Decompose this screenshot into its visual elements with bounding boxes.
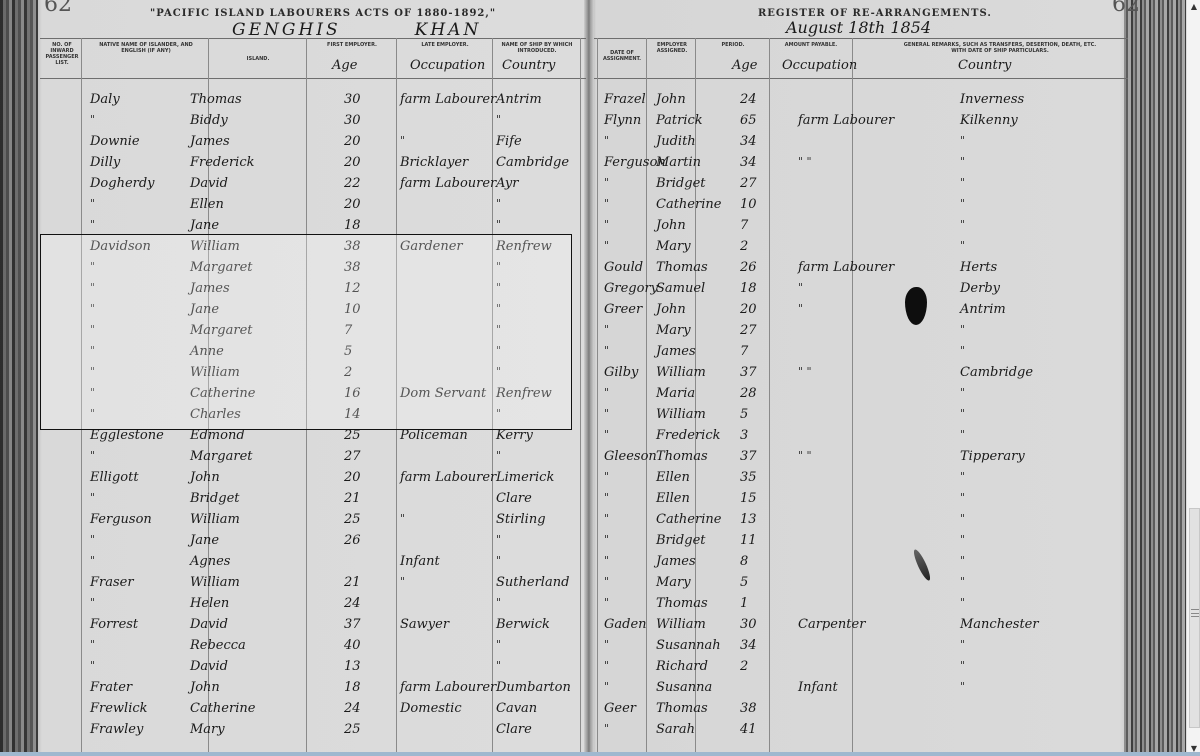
cell-surname: " <box>604 512 609 525</box>
book-spine-left <box>0 0 38 756</box>
cell-country: Inverness <box>960 92 1024 107</box>
cell-given: William <box>656 365 706 380</box>
col-header-country-right: Country <box>958 58 1011 73</box>
cell-given: Frederick <box>190 155 254 170</box>
cell-surname: " <box>604 197 609 210</box>
header-rule-bottom-right <box>594 78 1128 79</box>
cell-given: Mary <box>656 323 691 338</box>
cell-country: Clare <box>496 491 532 506</box>
cell-given: Mary <box>656 239 691 254</box>
cell-occupation: Policeman <box>400 428 468 443</box>
cell-age: 38 <box>740 701 757 716</box>
cell-occupation: " " <box>798 365 812 378</box>
cell-age: 30 <box>344 113 361 128</box>
cell-given: Ellen <box>190 197 224 212</box>
cell-age: 22 <box>344 176 361 191</box>
cell-country: " <box>496 218 501 231</box>
cell-given: Judith <box>656 134 696 149</box>
cell-occupation: Domestic <box>400 701 462 716</box>
cell-age: 34 <box>740 134 757 149</box>
column-rule <box>597 38 598 756</box>
col-header-period: PERIOD. <box>700 42 766 48</box>
cell-surname: " <box>604 386 609 399</box>
page-number-left: 62 <box>44 0 72 17</box>
col-header-island: ISLAND. <box>212 56 304 62</box>
document-viewer: 62 62 "PACIFIC ISLAND LABOURERS ACTS OF … <box>0 0 1186 756</box>
cell-country: " <box>960 176 965 189</box>
grip-icon <box>1191 609 1199 617</box>
cell-country: Cambridge <box>496 155 569 170</box>
cell-surname: " <box>604 680 609 693</box>
cell-surname: " <box>90 218 95 231</box>
ink-smudge <box>911 548 933 582</box>
cell-country: " <box>960 638 965 651</box>
col-header-employer-assigned: EMPLOYER ASSIGNED. <box>650 42 694 54</box>
cell-age: 20 <box>344 470 361 485</box>
cell-surname: " <box>604 134 609 147</box>
cell-age: 15 <box>740 491 757 506</box>
cell-age: 20 <box>344 134 361 149</box>
cell-country: Clare <box>496 722 532 737</box>
cell-country: " <box>496 197 501 210</box>
cell-surname: " <box>604 428 609 441</box>
cell-age: 26 <box>740 260 757 275</box>
cell-surname: " <box>604 659 609 672</box>
cell-age: 3 <box>740 428 748 443</box>
column-rule <box>852 38 853 756</box>
cell-surname: Geer <box>604 701 636 716</box>
cell-surname: Downie <box>90 134 140 149</box>
cell-surname: Frawley <box>90 722 143 737</box>
cell-given: Biddy <box>190 113 228 128</box>
ink-blot <box>905 287 927 325</box>
cell-age: 21 <box>344 575 361 590</box>
cell-country: " <box>960 428 965 441</box>
cell-country: " <box>496 554 501 567</box>
highlight-box-davidson-family <box>40 234 572 430</box>
cell-age: 18 <box>344 680 361 695</box>
cell-surname: Ferguson <box>90 512 152 527</box>
cell-age: 65 <box>740 113 757 128</box>
cell-given: Agnes <box>190 554 230 569</box>
col-header-amount: AMOUNT PAYABLE. <box>772 42 850 48</box>
cell-given: Thomas <box>656 701 708 716</box>
col-header-age: Age <box>332 58 357 73</box>
cell-surname: " <box>90 449 95 462</box>
cell-country: " <box>960 554 965 567</box>
cell-surname: Forrest <box>90 617 138 632</box>
cell-surname: " <box>604 407 609 420</box>
cell-age: 30 <box>740 617 757 632</box>
cell-given: Susannah <box>656 638 721 653</box>
col-header-age-right: Age <box>732 58 757 73</box>
cell-given: Helen <box>190 596 229 611</box>
cell-age: 20 <box>344 155 361 170</box>
cell-surname: " <box>90 113 95 126</box>
cell-given: Mary <box>190 722 225 737</box>
cell-surname: " <box>604 638 609 651</box>
cell-age: 5 <box>740 407 748 422</box>
cell-country: " <box>496 533 501 546</box>
cell-surname: " <box>604 533 609 546</box>
cell-country: " <box>496 596 501 609</box>
cell-age: 28 <box>740 386 757 401</box>
col-header-occupation-right: Occupation <box>782 58 857 73</box>
header-rule-top-right <box>594 38 1128 39</box>
cell-occupation: Infant <box>400 554 440 569</box>
cell-occupation: farm Labourer <box>798 260 894 275</box>
cell-given: Bridget <box>190 491 240 506</box>
cell-age: 13 <box>344 659 361 674</box>
cell-given: Sarah <box>656 722 695 737</box>
cell-age: 24 <box>344 701 361 716</box>
cell-given: Ellen <box>656 470 690 485</box>
cell-country: " <box>496 659 501 672</box>
page-edges-right <box>1124 0 1186 756</box>
book-gutter <box>584 0 594 756</box>
cell-age: 34 <box>740 638 757 653</box>
cell-surname: Dilly <box>90 155 120 170</box>
cell-age: 35 <box>740 470 757 485</box>
cell-given: John <box>190 680 220 695</box>
cell-given: John <box>656 302 686 317</box>
cell-given: Mary <box>656 575 691 590</box>
cell-given: Susanna <box>656 680 712 695</box>
cell-surname: Frewlick <box>90 701 148 716</box>
cell-age: 20 <box>344 197 361 212</box>
cell-age: 27 <box>740 176 757 191</box>
cell-occupation: farm Labourer <box>400 176 496 191</box>
cell-given: Ellen <box>656 491 690 506</box>
cell-country: Berwick <box>496 617 550 632</box>
cell-surname: " <box>604 344 609 357</box>
cell-surname: " <box>604 554 609 567</box>
cell-given: Thomas <box>656 449 708 464</box>
cell-surname: " <box>90 554 95 567</box>
cell-country: " <box>960 575 965 588</box>
cell-country: Cavan <box>496 701 537 716</box>
cell-country: " <box>960 491 965 504</box>
cell-country: " <box>960 470 965 483</box>
cell-country: Ayr <box>496 176 518 191</box>
cell-country: Kilkenny <box>960 113 1018 128</box>
cell-surname: " <box>604 491 609 504</box>
cell-given: William <box>190 512 240 527</box>
cell-age: 24 <box>344 596 361 611</box>
cell-age: 2 <box>740 239 748 254</box>
cell-given: Jane <box>190 533 219 548</box>
cell-given: Martin <box>656 155 701 170</box>
cell-surname: Daly <box>90 92 120 107</box>
col-header-late-employer: LATE EMPLOYER. <box>400 42 490 48</box>
cell-age: 18 <box>344 218 361 233</box>
cell-given: Margaret <box>190 449 252 464</box>
cell-country: Manchester <box>960 617 1039 632</box>
cell-occupation: farm Labourer <box>400 680 496 695</box>
cell-given: John <box>190 470 220 485</box>
cell-country: Fife <box>496 134 522 149</box>
cell-country: Cambridge <box>960 365 1033 380</box>
cell-country: " <box>496 449 501 462</box>
cell-country: " <box>960 512 965 525</box>
cell-age: 21 <box>344 491 361 506</box>
cell-given: Frederick <box>656 428 720 443</box>
cell-country: " <box>960 344 965 357</box>
cell-occupation: " <box>400 575 405 588</box>
col-header-ship: NAME OF SHIP BY WHICH INTRODUCED. <box>496 42 578 54</box>
cell-surname: " <box>604 323 609 336</box>
cell-surname: Gleeson <box>604 449 657 464</box>
cell-country: Stirling <box>496 512 546 527</box>
cell-age: 18 <box>740 281 757 296</box>
cell-given: James <box>190 134 230 149</box>
cell-given: John <box>656 92 686 107</box>
cell-country: " <box>960 659 965 672</box>
cell-given: Thomas <box>190 92 242 107</box>
cell-surname: " <box>604 218 609 231</box>
col-header-passenger-list: NO. OF INWARD PASSENGER LIST. <box>44 42 80 66</box>
cell-occupation: " <box>798 302 803 315</box>
cell-age: 20 <box>740 302 757 317</box>
column-rule <box>769 38 770 756</box>
cell-age: 37 <box>344 617 361 632</box>
cell-given: Thomas <box>656 260 708 275</box>
cell-occupation: " " <box>798 449 812 462</box>
cell-surname: " <box>604 239 609 252</box>
cell-surname: " <box>90 197 95 210</box>
cell-age: 8 <box>740 554 748 569</box>
cell-occupation: farm Labourer <box>400 470 496 485</box>
cell-country: Sutherland <box>496 575 569 590</box>
cell-country: Derby <box>960 281 1000 296</box>
cell-country: " <box>960 407 965 420</box>
col-header-first-employer: FIRST EMPLOYER. <box>310 42 394 48</box>
cell-surname: " <box>90 491 95 504</box>
cell-country: " <box>496 638 501 651</box>
cell-country: " <box>960 197 965 210</box>
scroll-thumb[interactable] <box>1189 508 1200 728</box>
cell-surname: " <box>604 176 609 189</box>
cell-given: David <box>190 176 228 191</box>
cell-age: 37 <box>740 365 757 380</box>
cell-given: Catherine <box>190 701 255 716</box>
cell-surname: " <box>604 470 609 483</box>
cell-given: Bridget <box>656 176 706 191</box>
cell-surname: " <box>90 659 95 672</box>
cell-age: 2 <box>740 659 748 674</box>
cell-given: William <box>656 407 706 422</box>
cell-occupation: farm Labourer <box>400 92 496 107</box>
cell-surname: " <box>90 638 95 651</box>
cell-country: " <box>960 155 965 168</box>
cell-occupation: " " <box>798 155 812 168</box>
column-rule <box>580 38 581 756</box>
cell-age: 13 <box>740 512 757 527</box>
cell-given: Samuel <box>656 281 705 296</box>
cell-country: " <box>960 680 965 693</box>
col-header-date-assignment: DATE OF ASSIGNMENT. <box>600 50 644 62</box>
cell-age: 30 <box>344 92 361 107</box>
cell-age: 41 <box>740 722 757 737</box>
cell-occupation: " <box>400 512 405 525</box>
cell-given: Catherine <box>656 197 721 212</box>
cell-age: 37 <box>740 449 757 464</box>
cell-surname: Elligott <box>90 470 139 485</box>
cell-age: 25 <box>344 512 361 527</box>
cell-given: Bridget <box>656 533 706 548</box>
cell-surname: Gregory <box>604 281 658 296</box>
cell-given: Jane <box>190 218 219 233</box>
cell-given: Thomas <box>656 596 708 611</box>
col-header-country: Country <box>502 58 555 73</box>
cell-age: 27 <box>740 323 757 338</box>
cell-age: 7 <box>740 218 748 233</box>
cell-age: 40 <box>344 638 361 653</box>
cell-age: 1 <box>740 596 748 611</box>
cell-country: " <box>960 218 965 231</box>
column-rule <box>646 38 647 756</box>
cell-country: " <box>960 596 965 609</box>
cell-surname: Gilby <box>604 365 638 380</box>
scroll-up-arrow-icon[interactable]: ▲ <box>1187 0 1200 14</box>
cell-age: 26 <box>344 533 361 548</box>
left-page-title: "PACIFIC ISLAND LABOURERS ACTS OF 1880-1… <box>150 8 496 19</box>
cell-country: Antrim <box>496 92 542 107</box>
cell-surname: " <box>90 596 95 609</box>
page-number-right: 62 <box>1112 0 1140 17</box>
cell-given: Rebecca <box>190 638 246 653</box>
cell-given: Patrick <box>656 113 703 128</box>
header-rule-top-left <box>40 38 586 39</box>
cell-age: 24 <box>740 92 757 107</box>
cell-surname: Fraser <box>90 575 134 590</box>
cell-given: John <box>656 218 686 233</box>
cell-given: William <box>656 617 706 632</box>
cell-country: Herts <box>960 260 997 275</box>
cell-given: David <box>190 659 228 674</box>
cell-surname: " <box>604 596 609 609</box>
cell-surname: Greer <box>604 302 642 317</box>
cell-country: " <box>496 113 501 126</box>
cell-surname: Gould <box>604 260 643 275</box>
cell-occupation: Carpenter <box>798 617 865 632</box>
cell-surname: Gaden <box>604 617 647 632</box>
cell-country: " <box>960 386 965 399</box>
ship-name: GENGHISKHAN <box>232 20 481 40</box>
vertical-scrollbar[interactable]: ▲ ▼ <box>1186 0 1200 756</box>
col-header-native-name: NATIVE NAME OF ISLANDER, AND ENGLISH (IF… <box>90 42 202 54</box>
cell-occupation: farm Labourer <box>798 113 894 128</box>
cell-age: 25 <box>344 722 361 737</box>
cell-surname: Frater <box>90 680 132 695</box>
cell-given: James <box>656 344 696 359</box>
header-rule-bottom-left <box>40 78 586 79</box>
cell-country: Kerry <box>496 428 533 443</box>
cell-surname: " <box>604 722 609 735</box>
cell-age: 5 <box>740 575 748 590</box>
window-bottom-border <box>0 752 1200 756</box>
cell-given: David <box>190 617 228 632</box>
cell-age: 10 <box>740 197 757 212</box>
cell-occupation: " <box>798 281 803 294</box>
cell-occupation: Bricklayer <box>400 155 468 170</box>
cell-surname: Frazel <box>604 92 646 107</box>
cell-occupation: " <box>400 134 405 147</box>
cell-surname: Flynn <box>604 113 641 128</box>
cell-surname: Egglestone <box>90 428 164 443</box>
cell-country: Limerick <box>496 470 554 485</box>
col-header-occupation: Occupation <box>410 58 485 73</box>
cell-country: " <box>960 134 965 147</box>
cell-country: " <box>960 239 965 252</box>
cell-country: Tipperary <box>960 449 1025 464</box>
cell-occupation: Infant <box>798 680 838 695</box>
cell-surname: " <box>90 533 95 546</box>
cell-surname: Dogherdy <box>90 176 155 191</box>
cell-country: Dumbarton <box>496 680 571 695</box>
cell-given: Catherine <box>656 512 721 527</box>
cell-given: Richard <box>656 659 708 674</box>
cell-surname: " <box>604 575 609 588</box>
cell-given: James <box>656 554 696 569</box>
cell-age: 25 <box>344 428 361 443</box>
cell-occupation: Sawyer <box>400 617 449 632</box>
col-header-remarks: GENERAL REMARKS, SUCH AS TRANSFERS, DESE… <box>900 42 1100 54</box>
cell-given: Maria <box>656 386 695 401</box>
register-date: August 18th 1854 <box>786 18 931 37</box>
cell-country: " <box>960 323 965 336</box>
cell-age: 27 <box>344 449 361 464</box>
cell-age: 11 <box>740 533 757 548</box>
cell-country: Antrim <box>960 302 1006 317</box>
cell-given: Edmond <box>190 428 245 443</box>
cell-given: William <box>190 575 240 590</box>
cell-age: 7 <box>740 344 748 359</box>
cell-country: " <box>960 533 965 546</box>
cell-age: 34 <box>740 155 757 170</box>
